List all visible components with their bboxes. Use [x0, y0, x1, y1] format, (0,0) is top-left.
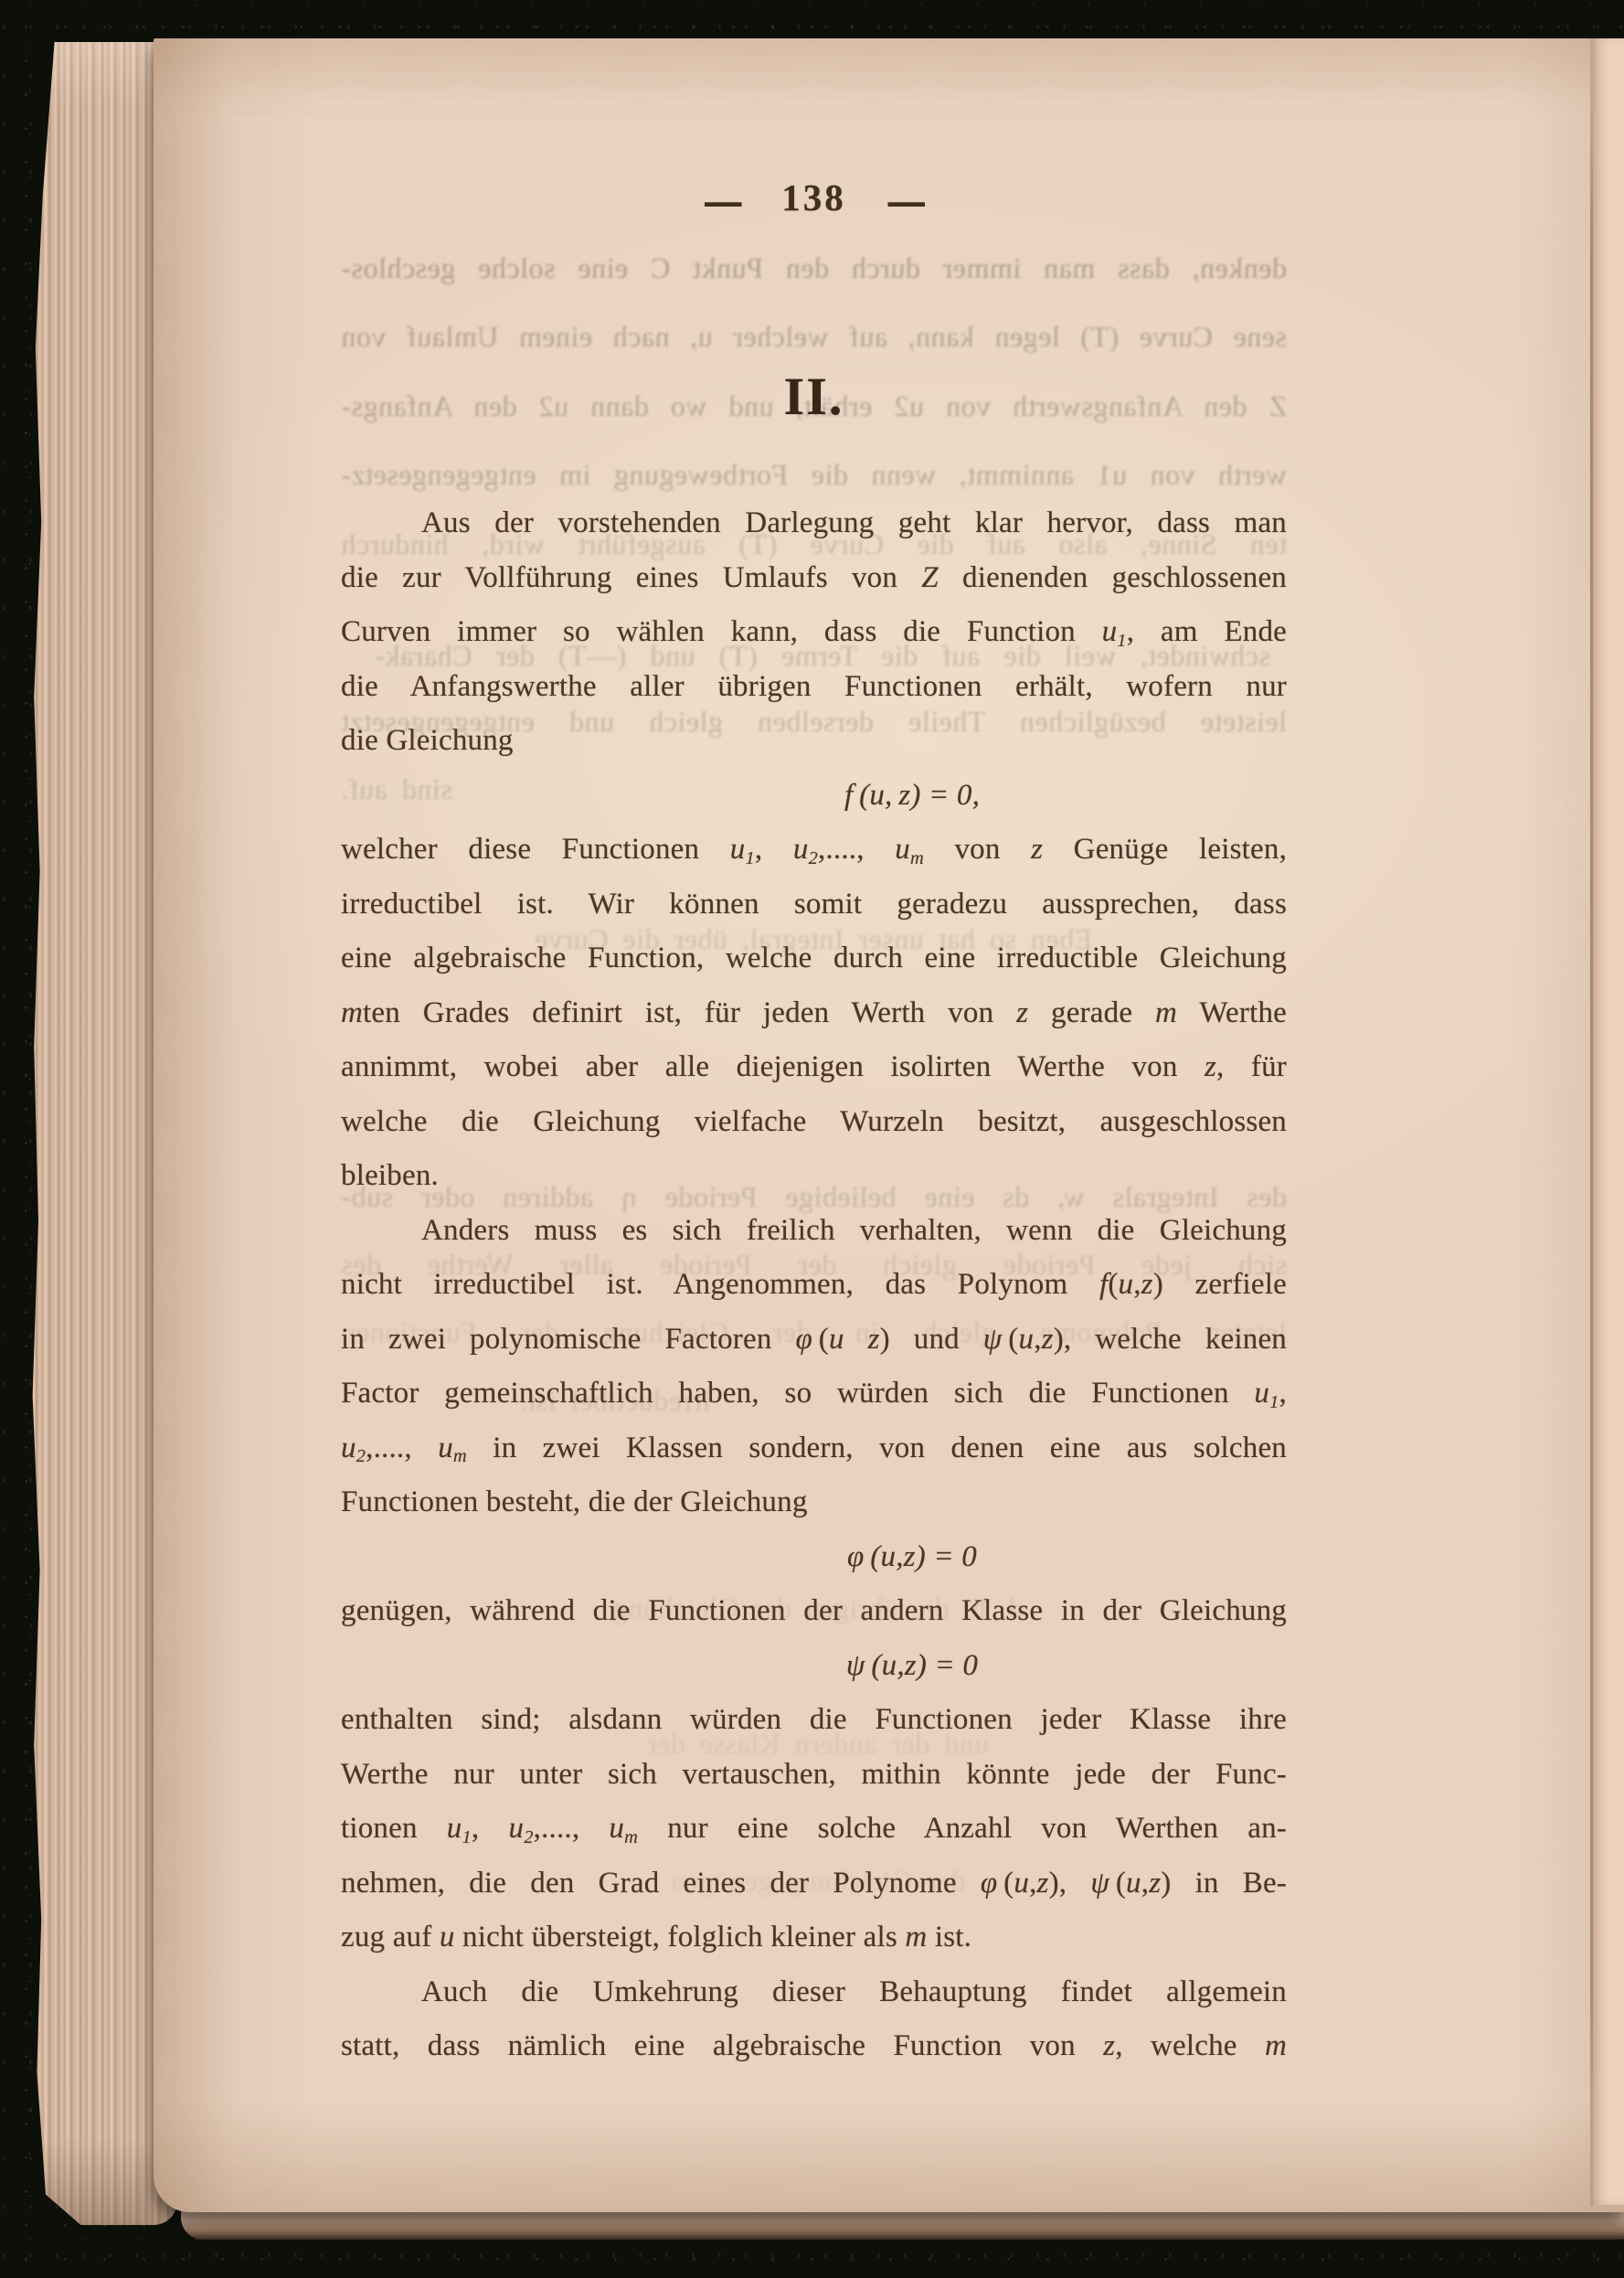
header-dash-left: — — [705, 161, 739, 234]
subscript: m — [624, 1827, 638, 1847]
subscript: 2 — [809, 848, 818, 868]
text-line: tionen u1, u2,...., um nur eine solche A… — [341, 1802, 1287, 1857]
text-line: annimmt, wobei aber alle diejenigen isol… — [341, 1040, 1287, 1095]
text-line: Functionen besteht, die der Gleichung — [341, 1475, 1287, 1530]
text-line: Factor gemeinschaftlich haben, so würden… — [341, 1367, 1287, 1421]
text-line: genügen, während die Functionen der ande… — [341, 1584, 1287, 1639]
text-line: Curven immer so wählen kann, dass die Fu… — [341, 605, 1287, 660]
page-number: 138 — [781, 176, 846, 219]
subscript: 2 — [356, 1446, 366, 1466]
ghost-line: denken, dass man immer durch den Punkt C… — [341, 252, 1287, 284]
formula-line: φ (u,z) = 0 — [341, 1530, 1287, 1585]
text-line: statt, dass nämlich eine algebraische Fu… — [341, 2019, 1287, 2074]
text-line: u2,...., um in zwei Klassen sondern, von… — [341, 1421, 1287, 1476]
page-header: — 138 — — [341, 176, 1287, 218]
subscript: m — [453, 1446, 467, 1466]
text-line: die Gleichung — [341, 714, 1287, 769]
text-line: welche die Gleichung vielfache Wurzeln b… — [341, 1095, 1287, 1150]
text-block: Aus der vorstehenden Darlegung geht klar… — [341, 496, 1287, 2074]
text-line: enthalten sind; alsdann würden die Funct… — [341, 1693, 1287, 1748]
section-heading: II. — [341, 364, 1287, 430]
text-line: nehmen, die den Grad eines der Polynome … — [341, 1857, 1287, 1911]
text-line: Anders muss es sich freilich verhalten, … — [341, 1204, 1287, 1259]
page-gutter-fold-line — [1590, 38, 1593, 2207]
header-dash-right: — — [888, 161, 923, 234]
text-line: in zwei polynomische Factoren φ (u z) un… — [341, 1313, 1287, 1368]
scanned-book-photo: denken, dass man immer durch den Punkt C… — [0, 0, 1624, 2278]
text-line: welcher diese Functionen u1, u2,...., um… — [341, 823, 1287, 878]
text-line: nicht irreductibel ist. Angenommen, das … — [341, 1258, 1287, 1313]
text-line: zug auf u nicht übersteigt, folglich kle… — [341, 1911, 1287, 1965]
text-line: Aus der vorstehenden Darlegung geht klar… — [341, 496, 1287, 551]
ghost-line: werth von u1 annimmt, wenn die Fortbeweg… — [341, 459, 1287, 491]
text-line: eine algebraische Function, welche durch… — [341, 931, 1287, 986]
text-line: bleiben. — [341, 1149, 1287, 1204]
text-line: die Anfangswerthe aller übrigen Function… — [341, 660, 1287, 715]
subscript: 2 — [524, 1827, 533, 1847]
subscript: 1 — [1269, 1392, 1279, 1412]
subscript: 1 — [462, 1827, 472, 1847]
text-line: Werthe nur unter sich vertauschen, mithi… — [341, 1748, 1287, 1803]
subscript: 1 — [745, 848, 754, 868]
text-line: die zur Vollführung eines Umlaufs von Z … — [341, 551, 1287, 606]
text-line: irreductibel ist. Wir können somit gerad… — [341, 878, 1287, 932]
ghost-line: sene Curve (T) legen kann, auf welcher u… — [341, 321, 1287, 353]
formula-line: f (u, z) = 0, — [341, 769, 1287, 824]
text-line: mten Grades definirt ist, für jeden Wert… — [341, 986, 1287, 1041]
subscript: m — [910, 848, 924, 868]
adjacent-page-strip — [1593, 38, 1624, 2205]
text-line: Auch die Umkehrung dieser Behauptung fin… — [341, 1965, 1287, 2020]
subscript: 1 — [1117, 631, 1126, 651]
formula-line: ψ (u,z) = 0 — [341, 1639, 1287, 1694]
